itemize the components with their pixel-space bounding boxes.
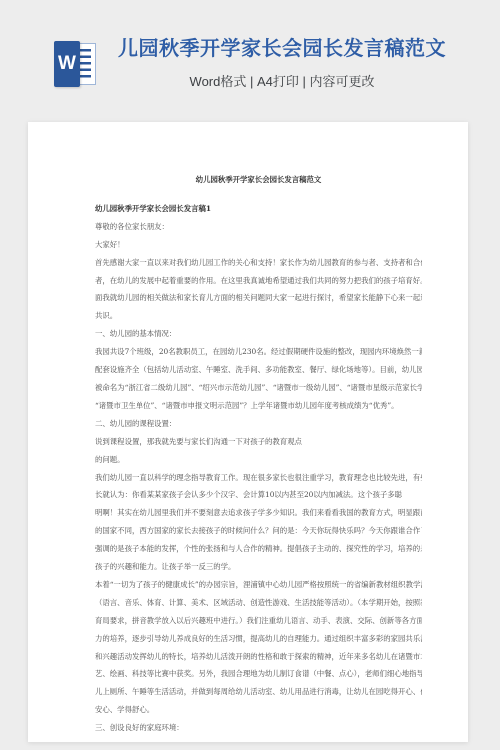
doc-line: 长就认为：你看某某家孩子会认多少个汉字、会计算10以内甚至20以内加减法。这个孩… xyxy=(95,486,422,504)
doc-line: 儿上厕所、午睡等生活活动，并做到每周给幼儿活动室、幼儿用品进行消毒，让幼儿在园吃… xyxy=(95,683,422,701)
doc-line: 我们幼儿园一直以科学的理念指导教育工作。现在很多家长也很注重学习，教育理念也比较… xyxy=(95,469,422,487)
doc-line: 尊敬的各位家长朋友： xyxy=(95,218,422,236)
doc-line: 和兴趣活动发挥幼儿的特长，培养幼儿活泼开朗的性格和敢于探索的精神，近年来多名幼儿… xyxy=(95,648,422,666)
doc-line: 本着“一切为了孩子的健康成长”的办园宗旨，浬浦镇中心幼儿园严格按照统一的省编新教… xyxy=(95,576,422,594)
doc-line: 共识。 xyxy=(95,307,422,325)
doc-line: 者，在幼儿的发展中起着重要的作用。在这里我真诚地希望通过我们共同的努力把我们的孩… xyxy=(95,272,422,290)
doc-line: 首先感谢大家一直以来对我们幼儿园工作的关心和支持！家长作为幼儿园教育的参与者、支… xyxy=(95,254,422,272)
doc-line: 艺、绘画、科技等比赛中获奖。另外，我园合理地为幼儿制订食谱（中餐、点心），老师们… xyxy=(95,665,422,683)
doc-line: 明啊！其实在幼儿园里我们并不要刻意去追求孩子学多少知识。我们来看看我国的教育方式… xyxy=(95,504,422,522)
format-info-text: Word格式 | A4打印 | 内容可更改 xyxy=(190,71,375,90)
doc-line: 三、创设良好的家庭环境： xyxy=(95,719,422,737)
doc-line: 力的培养，逐步引导幼儿养成良好的生活习惯，提高幼儿的自理能力。通过组织丰富多彩的… xyxy=(95,630,422,648)
doc-line: 安心、学得舒心。 xyxy=(95,701,422,719)
doc-line: “诸暨市卫生单位”、“诸暨市申报文明示范园”？上学年诸暨市幼儿园年度考核成绩为“… xyxy=(95,397,422,415)
doc-line: 面我就幼儿园的相关做法和家长育儿方面的相关问题同大家一起进行探讨，希望家长能静下… xyxy=(95,289,422,307)
header-text-block: 儿园秋季开学家长会园长发言稿范文 Word格式 | A4打印 | 内容可更改 xyxy=(118,36,446,90)
doc-line: 我园共设7个班级，20名教职员工，在园幼儿230名。经过假期硬件设施的整改，现园… xyxy=(95,343,422,361)
doc-line: 幼儿园秋季开学家长会园长发言稿1 xyxy=(95,200,422,218)
doc-line: 被命名为“浙江省二级幼儿园”、“绍兴市示范幼儿园”、“诸暨市一级幼儿园”、“诸暨… xyxy=(95,379,422,397)
doc-line: 幼儿园秋季开学家长会园长发言稿范文 xyxy=(95,171,422,189)
word-file-icon: W xyxy=(54,41,96,87)
doc-line: 二、幼儿园的课程设置： xyxy=(95,415,422,433)
doc-line: 说到课程设置，那我就先要与家长们沟通一下对孩子的教育观点 xyxy=(95,433,422,451)
doc-line: 强调的是孩子本能的发挥，个性的张扬和与人合作的精神。提倡孩子主动的、探究性的学习… xyxy=(95,540,422,558)
page-header: W 儿园秋季开学家长会园长发言稿范文 Word格式 | A4打印 | 内容可更改 xyxy=(0,0,500,90)
word-icon-w-letter: W xyxy=(54,41,80,87)
doc-line: （语言、音乐、体育、计算、美术、区域活动、创造性游戏、生活技能等活动）。（本学期… xyxy=(95,594,422,612)
document-lines: 幼儿园秋季开学家长会园长发言稿范文幼儿园秋季开学家长会园长发言稿1尊敬的各位家长… xyxy=(95,171,422,737)
doc-line: 育局要求，拼音教学放入以后兴趣班中进行。）我们注重幼儿语言、动手、表演、交际、创… xyxy=(95,612,422,630)
doc-line: 一、幼儿园的基本情况： xyxy=(95,325,422,343)
doc-line: 的国家不同，西方国家的家长去接孩子的时候问什么？问的是：今天你玩得快乐吗？今天你… xyxy=(95,522,422,540)
page-title: 儿园秋季开学家长会园长发言稿范文 xyxy=(118,36,446,62)
doc-line: 的问题。 xyxy=(95,451,422,469)
doc-line: 大家好！ xyxy=(95,236,422,254)
doc-line: 孩子的兴趣和能力。让孩子举一反三的学。 xyxy=(95,558,422,576)
doc-line: 配套设施齐全（包括幼儿活动室、午睡室、洗手间、多功能教室、餐厅、绿化场地等）。目… xyxy=(95,361,422,379)
document-preview-sheet[interactable]: 幼儿园秋季开学家长会园长发言稿范文幼儿园秋季开学家长会园长发言稿1尊敬的各位家长… xyxy=(28,122,468,742)
